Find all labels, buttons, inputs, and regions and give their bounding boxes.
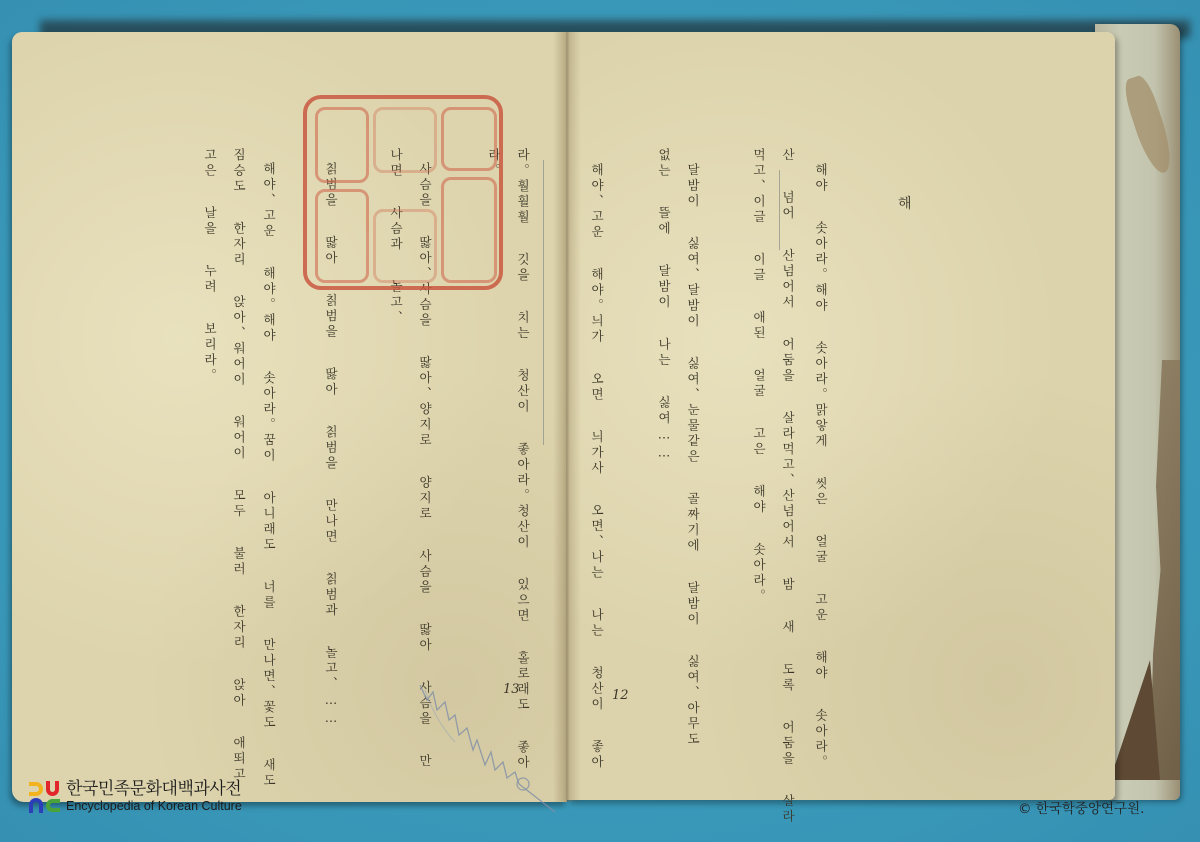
- seal-glyph: [315, 107, 369, 183]
- seal-glyph: [373, 209, 437, 283]
- poem-line: 먹고、이글 이글 애된 얼굴 고은 해야 솟아라。: [752, 148, 765, 605]
- copyright-symbol: ©: [1018, 801, 1032, 817]
- encyclopedia-watermark: 한국민족문화대백과사전 Encyclopedia of Korean Cultu…: [28, 780, 242, 814]
- right-page: [567, 32, 1115, 800]
- poem-line: 짐승도 한자리 앉아、워어이 워어이 모두 불러 한자리 앉아 애뙤고: [232, 148, 245, 783]
- poem-line: 없는 뜰에 달밤이 나는 싫여……: [657, 148, 670, 463]
- poem-line: 라。훨훨훨 깃을 치는 청산이 좋아라。청산이 있으면 홀로래도 좋아: [516, 148, 529, 771]
- poem-line: 해야 솟아라。해야 솟아라。맑앟게 씻은 얼굴 고운 해야 솟아라。: [814, 163, 827, 771]
- pencil-margin-line: [779, 170, 780, 250]
- poem-line: 달밤이 싫여、달밤이 싫여、눈물같은 골짜기에 달밤이 싫여、아무도: [686, 163, 699, 748]
- seal-glyph: [441, 177, 497, 283]
- poem-title: 해: [898, 193, 912, 213]
- seal-glyph: [373, 107, 437, 173]
- book-gutter: [553, 32, 581, 802]
- copyright-text: 한국학중앙연구원.: [1036, 801, 1145, 817]
- seal-glyph: [315, 189, 369, 283]
- pencil-margin-line: [543, 160, 544, 445]
- poem-line: 산 넘어 산넘어서 어둠을 살라먹고、산넘어서 밤 새 도록 어둠을 살라: [781, 148, 794, 825]
- copyright-notice: © 한국학중앙연구원.: [1018, 797, 1144, 817]
- pencil-scribble: [415, 680, 555, 815]
- page-number-right: 12: [612, 688, 629, 703]
- encyclopedia-logo-icon: [28, 780, 62, 814]
- poem-line: 고은 날을 누려 보리라。: [203, 148, 216, 384]
- watermark-title-ko: 한국민족문화대백과사전: [66, 781, 242, 798]
- poem-line: 해야、고운 해야。해야 솟아라。꿈이 아니래도 너를 만나면、꽃도 새도: [262, 162, 275, 789]
- red-seal-stamp: [303, 95, 503, 290]
- watermark-title-en: Encyclopedia of Korean Culture: [66, 800, 242, 813]
- seal-glyph: [441, 107, 497, 171]
- poem-line: 해야、고운 해야。늬가 오면 늬가사 오면、나는 나는 청산이 좋아: [590, 163, 603, 771]
